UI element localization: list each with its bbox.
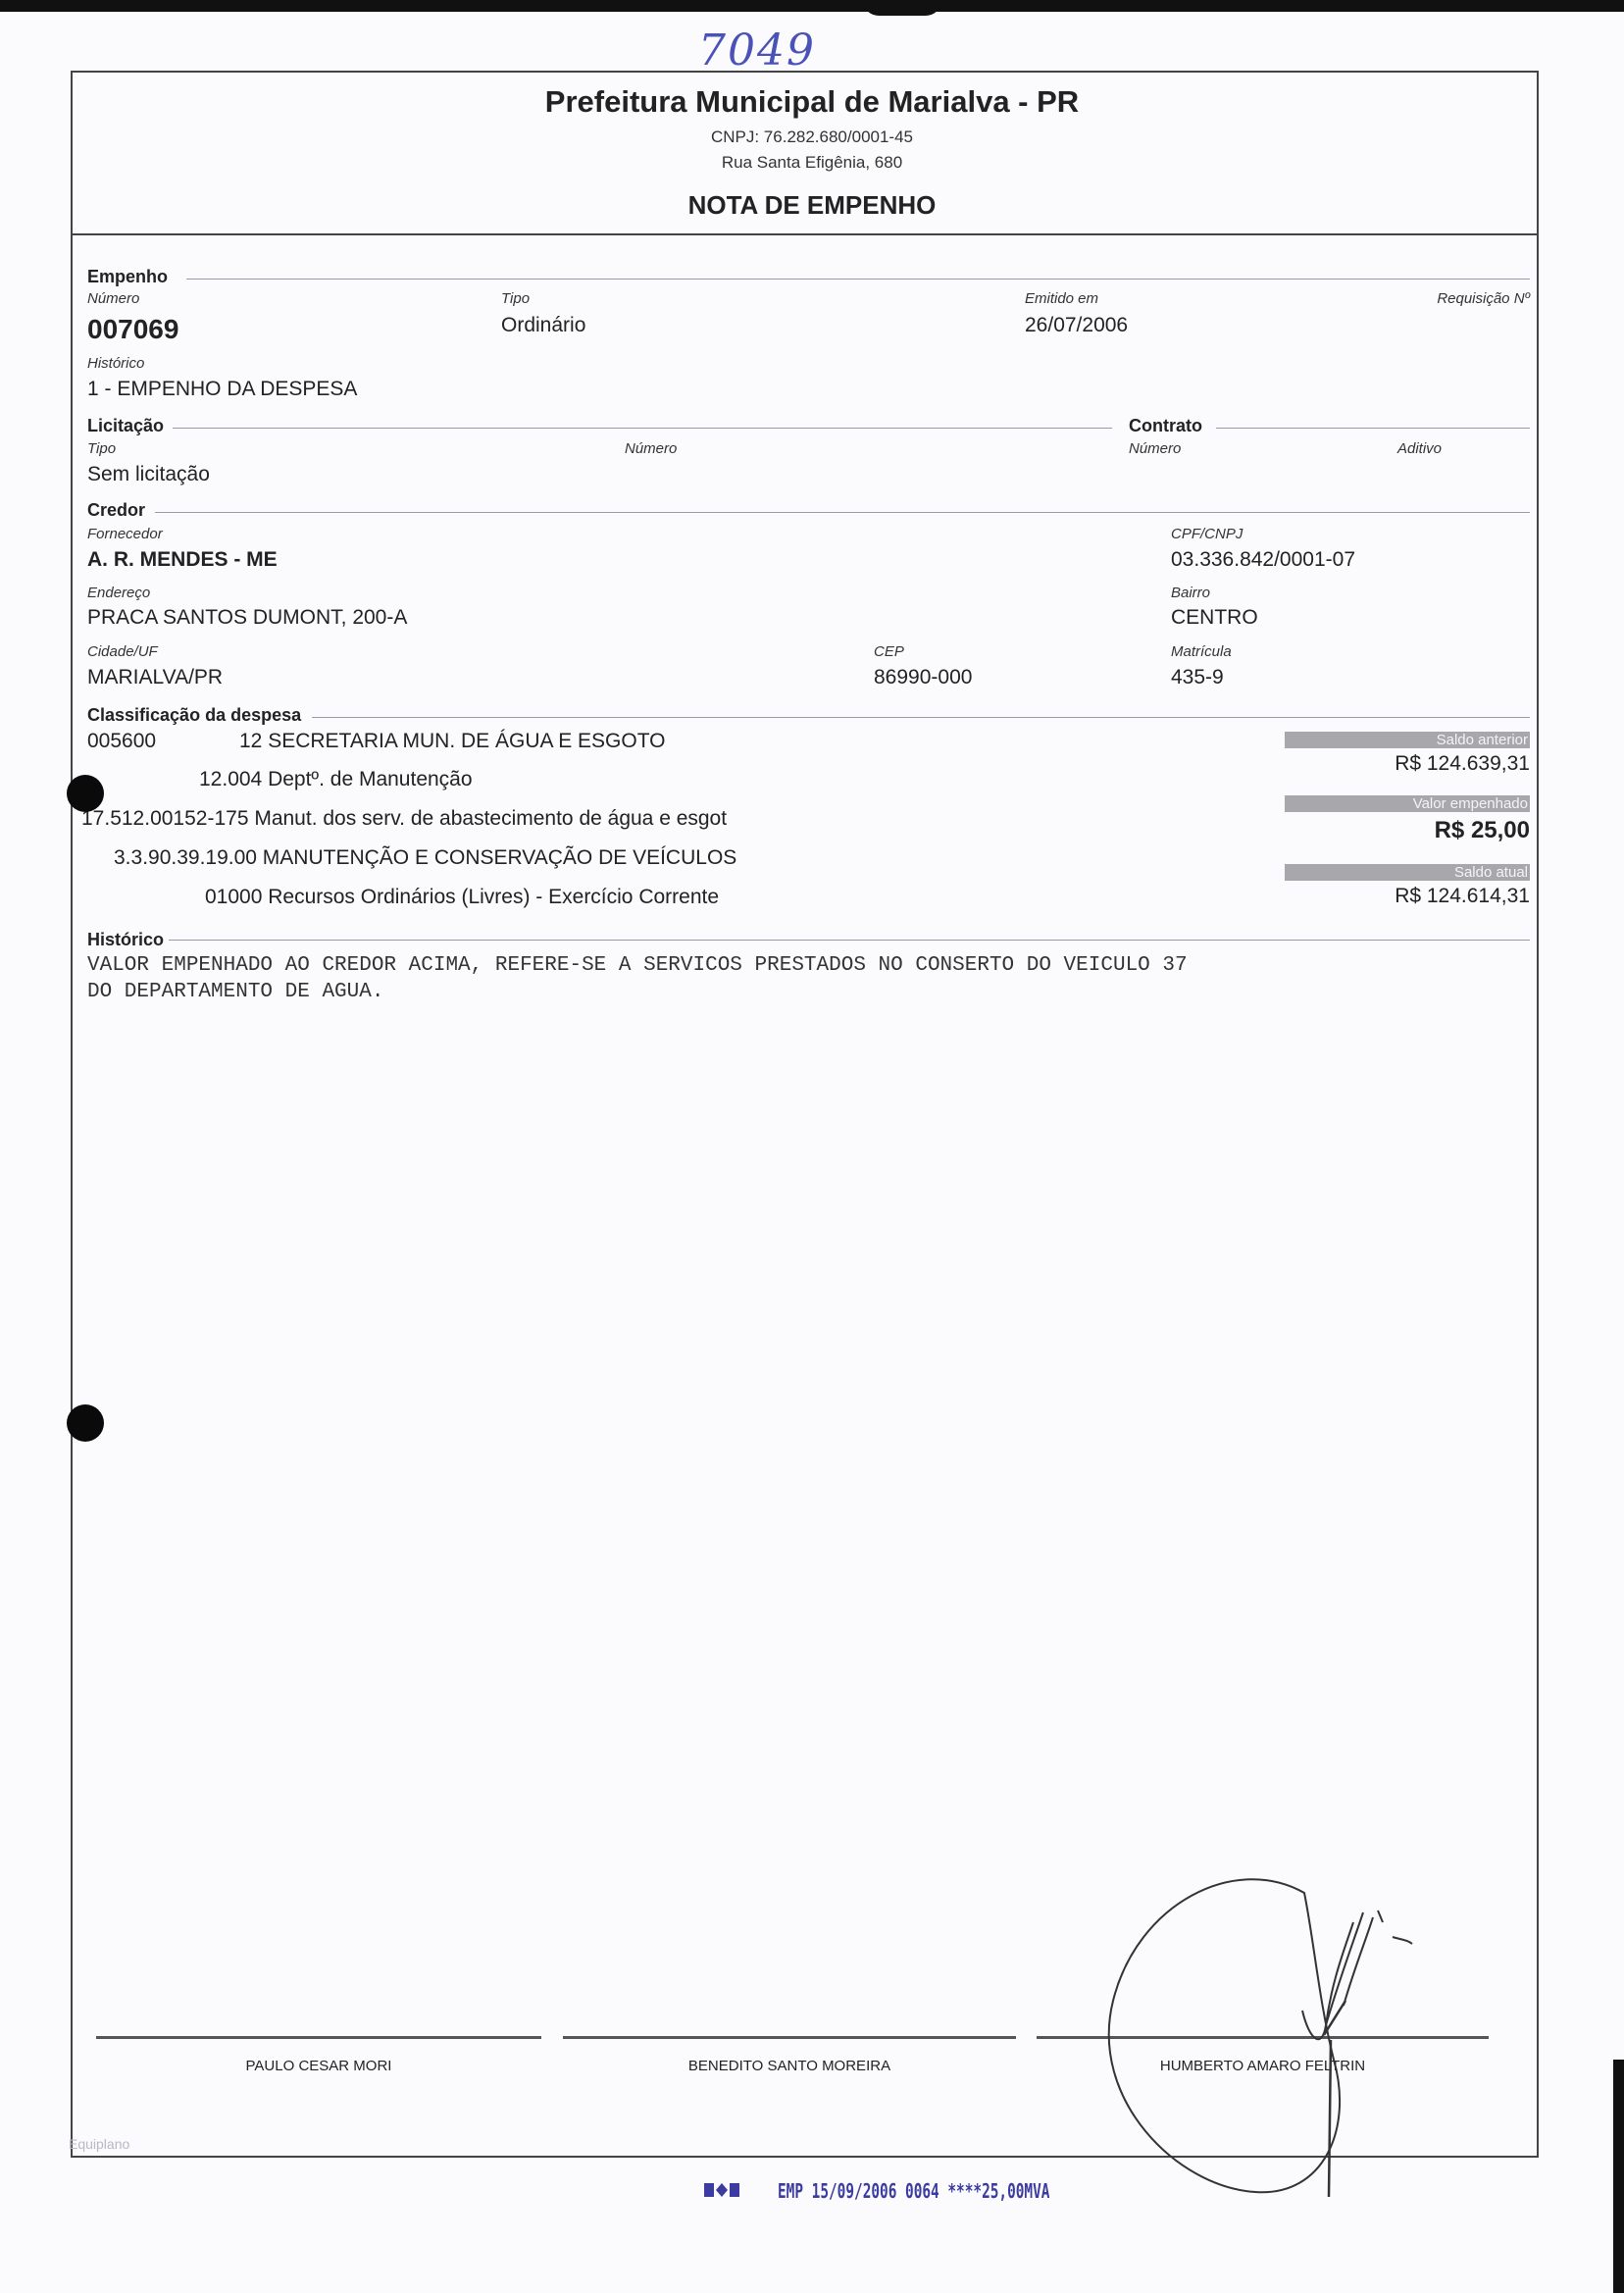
classificacao-elemento: 3.3.90.39.19.00 MANUTENÇÃO E CONSERVAÇÃO… — [114, 846, 736, 870]
valor-empenhado-label: Valor empenhado — [1285, 795, 1530, 812]
classificacao-recurso: 01000 Recursos Ordinários (Livres) - Exe… — [205, 886, 719, 909]
signatory-1: PAULO CESAR MORI — [96, 2058, 541, 2074]
empenho-tipo-label: Tipo — [501, 290, 530, 307]
fornecedor-label: Fornecedor — [87, 526, 163, 542]
classificacao-funcional: 17.512.00152-175 Manut. dos serv. de aba… — [81, 807, 727, 831]
handwritten-number: 7049 — [698, 25, 816, 76]
section-licitacao: Licitação — [87, 416, 164, 436]
bank-logo-icon — [704, 2181, 739, 2199]
section-rule — [155, 512, 1530, 513]
punch-hole — [67, 775, 104, 812]
classificacao-unidade: 12.004 Deptº. de Manutenção — [199, 768, 473, 791]
historico-line-1: VALOR EMPENHADO AO CREDOR ACIMA, REFERE-… — [87, 954, 1188, 977]
empenho-tipo: Ordinário — [501, 314, 585, 337]
contrato-aditivo-label: Aditivo — [1397, 440, 1442, 457]
saldo-anterior-label: Saldo anterior — [1285, 732, 1530, 748]
header-divider — [71, 233, 1539, 235]
cidade-value: MARIALVA/PR — [87, 666, 223, 689]
section-rule — [186, 279, 1530, 280]
endereco-value: PRACA SANTOS DUMONT, 200-A — [87, 606, 407, 630]
saldo-anterior-value: R$ 124.639,31 — [1395, 752, 1530, 776]
section-historico: Histórico — [87, 930, 164, 950]
section-credor: Credor — [87, 500, 145, 521]
cidade-label: Cidade/UF — [87, 643, 158, 660]
matricula-label: Matrícula — [1171, 643, 1232, 660]
scan-right-edge — [1613, 2060, 1624, 2293]
scan-top-edge — [0, 0, 1624, 12]
municipality-cnpj: CNPJ: 76.282.680/0001-45 — [0, 127, 1624, 147]
empenho-historico: 1 - EMPENHO DA DESPESA — [87, 378, 357, 401]
saldo-atual-value: R$ 124.614,31 — [1395, 885, 1530, 908]
cep-label: CEP — [874, 643, 904, 660]
empenho-historico-label: Histórico — [87, 355, 144, 372]
section-classificacao: Classificação da despesa — [87, 705, 301, 726]
punch-hole — [67, 1404, 104, 1442]
contrato-numero-label: Número — [1129, 440, 1181, 457]
signatory-2: BENEDITO SANTO MOREIRA — [563, 2058, 1016, 2074]
section-rule — [169, 940, 1530, 941]
section-contrato: Contrato — [1129, 416, 1202, 436]
section-rule — [312, 717, 1530, 718]
empenho-numero-label: Número — [87, 290, 139, 307]
emitido-label: Emitido em — [1025, 290, 1098, 307]
cpf-cnpj-label: CPF/CNPJ — [1171, 526, 1243, 542]
licitacao-tipo-label: Tipo — [87, 440, 116, 457]
endereco-label: Endereço — [87, 585, 150, 601]
signatory-3: HUMBERTO AMARO FELTRIN — [1037, 2058, 1489, 2074]
classificacao-orgao: 12 SECRETARIA MUN. DE ÁGUA E ESGOTO — [239, 730, 666, 753]
signature-line — [96, 2036, 541, 2039]
bairro-value: CENTRO — [1171, 606, 1258, 630]
municipality-title: Prefeitura Municipal de Marialva - PR — [0, 84, 1624, 120]
valor-empenhado-value: R$ 25,00 — [1435, 817, 1530, 844]
matricula-value: 435-9 — [1171, 666, 1224, 689]
signature-line — [1037, 2036, 1489, 2039]
bairro-label: Bairro — [1171, 585, 1210, 601]
signature-line — [563, 2036, 1016, 2039]
scan-notch — [863, 0, 941, 16]
cpf-cnpj-value: 03.336.842/0001-07 — [1171, 548, 1355, 572]
fornecedor-name: A. R. MENDES - ME — [87, 548, 278, 572]
requisicao-label: Requisição Nº — [1437, 290, 1530, 307]
software-watermark: Equiplano — [69, 2136, 129, 2152]
saldo-atual-label: Saldo atual — [1285, 864, 1530, 881]
bank-authentication-stamp: EMP 15/09/2006 0064 ****25,00MVA — [778, 2179, 1049, 2203]
section-rule — [173, 428, 1112, 429]
emitido-date: 26/07/2006 — [1025, 314, 1128, 337]
section-rule — [1216, 428, 1530, 429]
cep-value: 86990-000 — [874, 666, 972, 689]
historico-line-2: DO DEPARTAMENTO DE AGUA. — [87, 981, 383, 1003]
empenho-numero: 007069 — [87, 314, 178, 345]
municipality-address: Rua Santa Efigênia, 680 — [0, 153, 1624, 173]
classificacao-code: 005600 — [87, 730, 156, 753]
section-empenho: Empenho — [87, 267, 168, 287]
document-title: NOTA DE EMPENHO — [0, 190, 1624, 221]
licitacao-numero-label: Número — [625, 440, 677, 457]
licitacao-tipo: Sem licitação — [87, 463, 210, 486]
